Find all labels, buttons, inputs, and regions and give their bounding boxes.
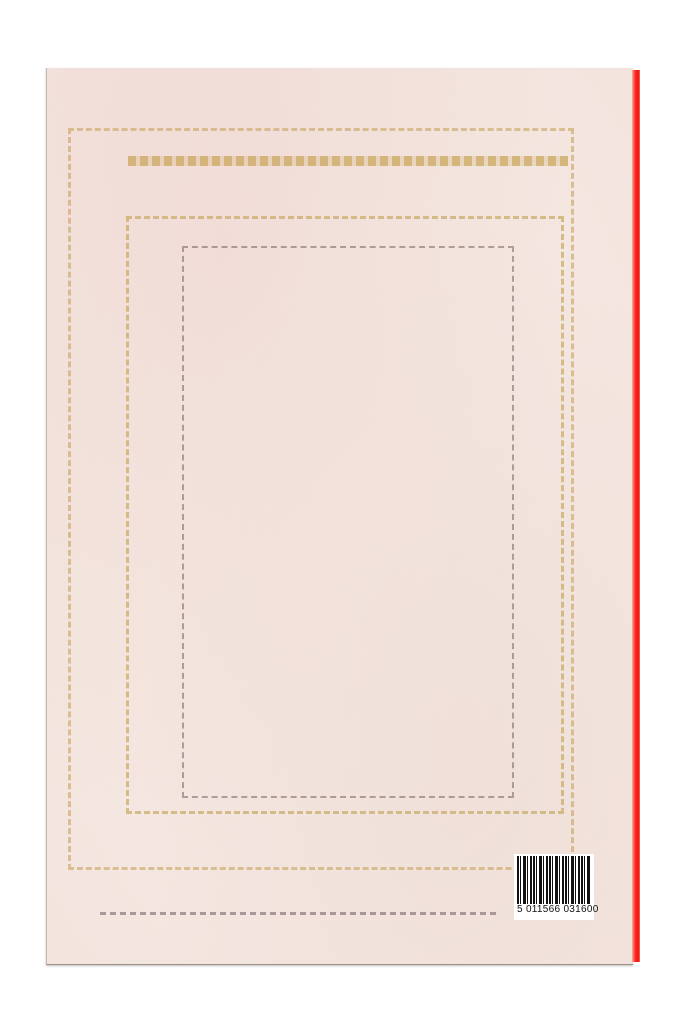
barcode-bars-icon bbox=[517, 856, 591, 904]
tape-residue-inner bbox=[182, 246, 514, 798]
barcode-number: 5 011566 031600 bbox=[517, 904, 591, 916]
tape-residue-top-strip bbox=[128, 156, 568, 166]
tape-residue-bottom-strip bbox=[100, 912, 500, 915]
red-spine bbox=[632, 70, 640, 962]
barcode: 5 011566 031600 bbox=[514, 854, 594, 920]
